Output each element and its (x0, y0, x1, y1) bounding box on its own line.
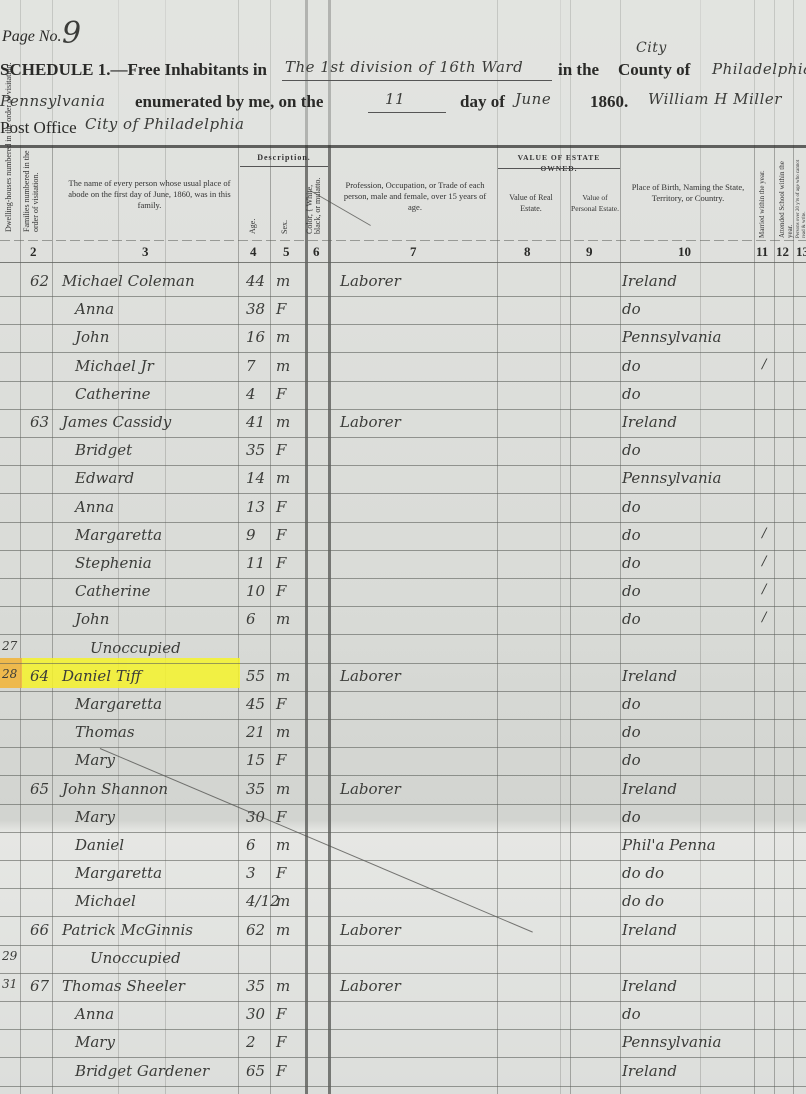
dwelling-number: 27 (2, 639, 17, 653)
table-row: Margaretta3Fdo do (0, 862, 806, 888)
row-rule (0, 550, 806, 551)
col13-number: 13 (796, 244, 806, 260)
age-cell: 30 (246, 1005, 265, 1023)
sex-cell: F (276, 300, 286, 318)
birthplace-cell: do (622, 441, 641, 459)
age-cell: 4 (246, 385, 256, 403)
table-row: Bridget Gardener65FIreland (0, 1060, 806, 1086)
col3-number: 3 (142, 244, 149, 260)
person-name: Thomas (75, 723, 135, 741)
row-rule (0, 296, 806, 297)
table-row: Margaretta9Fdo/ (0, 524, 806, 550)
birthplace-cell: Ireland (622, 413, 677, 431)
person-name: Edward (75, 469, 134, 487)
table-row: 65John Shannon35mLaborerIreland (0, 778, 806, 804)
row-rule (0, 1029, 806, 1030)
col6-header: Color, { White, black, or mulatto. (306, 170, 322, 234)
age-cell: 45 (246, 695, 265, 713)
table-row: Bridget35Fdo (0, 439, 806, 465)
col11-number: 11 (756, 244, 768, 260)
age-cell: 15 (246, 751, 265, 769)
person-name: Stephenia (75, 554, 152, 572)
in-the-label: in the (558, 60, 599, 80)
person-name: Anna (75, 498, 114, 516)
table-row: Michael Jr7mdo/ (0, 355, 806, 381)
age-cell: 14 (246, 469, 265, 487)
sex-cell: m (276, 413, 290, 431)
census-page: Page No. 9 SCHEDULE 1.—Free Inhabitants … (0, 0, 806, 1094)
birthplace-cell: do (622, 357, 641, 375)
col9-number: 9 (586, 244, 593, 260)
birthplace-cell: do (622, 385, 641, 403)
age-cell: 35 (246, 780, 265, 798)
age-cell: 38 (246, 300, 265, 318)
birthplace-cell: Ireland (622, 977, 677, 995)
col7-number: 7 (410, 244, 417, 260)
person-name: Margaretta (75, 864, 162, 882)
birthplace-cell: do (622, 751, 641, 769)
schedule-title: SCHEDULE 1.—Free Inhabitants in (0, 60, 267, 80)
table-row: John16mPennsylvania (0, 326, 806, 352)
table-row: Mary30Fdo (0, 806, 806, 832)
sex-cell: F (276, 582, 286, 600)
sex-cell: m (276, 328, 290, 346)
page-number-label: Page No. (2, 28, 62, 46)
sex-cell: F (276, 1005, 286, 1023)
table-row: Mary15Fdo (0, 749, 806, 775)
birthplace-cell: do (622, 582, 641, 600)
person-name: John (75, 328, 109, 346)
table-row: Daniel6mPhil'a Penna (0, 834, 806, 860)
header-rule (0, 145, 806, 148)
table-row: 3167Thomas Sheeler35mLaborerIreland (0, 975, 806, 1001)
age-cell: 16 (246, 328, 265, 346)
description-group-header: Description. (240, 152, 328, 163)
person-name: Mary (75, 808, 115, 826)
table-row: Thomas21mdo (0, 721, 806, 747)
attended-school-mark: / (762, 582, 766, 597)
sex-cell: F (276, 526, 286, 544)
person-name: Unoccupied (90, 639, 181, 657)
table-row: Anna13Fdo (0, 496, 806, 522)
county-label: County of (618, 60, 690, 80)
row-rule (0, 1086, 806, 1087)
attended-school-mark: / (762, 554, 766, 569)
dwelling-number: 29 (2, 949, 17, 963)
estate-group-header: Value of Estate Owned. (498, 152, 620, 174)
person-name: Patrick McGinnis (62, 921, 193, 939)
age-cell: 2 (246, 1033, 256, 1051)
birthplace-cell: Ireland (622, 272, 677, 290)
person-name: James Cassidy (62, 413, 171, 431)
post-office-field: City of Philadelphia (85, 115, 244, 133)
sex-cell: m (276, 836, 290, 854)
day-field: 11 (385, 90, 405, 108)
group-rule (240, 166, 328, 167)
month-field: June (515, 90, 551, 108)
age-cell: 11 (246, 554, 265, 572)
sex-cell: m (276, 610, 290, 628)
age-cell: 7 (246, 357, 256, 375)
body-top-rule (0, 262, 806, 263)
birthplace-cell: do (622, 695, 641, 713)
page-number: 9 (62, 16, 82, 51)
birthplace-cell: Ireland (622, 667, 677, 685)
row-rule (0, 578, 806, 579)
table-row: Catherine10Fdo/ (0, 580, 806, 606)
dwelling-number: 28 (2, 667, 17, 681)
age-cell: 6 (246, 836, 256, 854)
person-name: Daniel (75, 836, 124, 854)
person-name: Mary (75, 751, 115, 769)
col6-number: 6 (313, 244, 320, 260)
sex-cell: F (276, 751, 286, 769)
col2-header: Families numbered in the order of visita… (22, 148, 40, 232)
table-row: Catherine4Fdo (0, 383, 806, 409)
birthplace-cell: do (622, 610, 641, 628)
table-row: 63James Cassidy41mLaborerIreland (0, 411, 806, 437)
person-name: John (75, 610, 109, 628)
col11-header: Married within the year. (758, 158, 766, 238)
table-row: Edward14mPennsylvania (0, 467, 806, 493)
family-number: 65 (30, 780, 49, 798)
table-row: 2864Daniel Tiff55mLaborerIreland (0, 665, 806, 691)
col7-header: Profession, Occupation, or Trade of each… (336, 180, 494, 213)
day-of-label: day of (460, 92, 505, 112)
row-rule (0, 719, 806, 720)
attended-school-mark: / (762, 526, 766, 541)
table-row: Anna38Fdo (0, 298, 806, 324)
table-row: 62Michael Coleman44mLaborerIreland (0, 270, 806, 296)
age-cell: 9 (246, 526, 256, 544)
table-row: John6mdo/ (0, 608, 806, 634)
age-cell: 4/12 (246, 892, 280, 910)
col13-header: Persons over 20 y'rs of age who cannot r… (796, 158, 806, 238)
occupation-cell: Laborer (340, 667, 401, 685)
year-label: 1860. (590, 92, 628, 112)
col10-header: Place of Birth, Naming the State, Territ… (624, 182, 752, 204)
table-row: 27Unoccupied (0, 637, 806, 663)
birthplace-cell: do (622, 723, 641, 741)
division-field: The 1st division of 16th Ward (285, 58, 523, 76)
birthplace-cell: do (622, 300, 641, 318)
person-name: Michael (75, 892, 136, 910)
person-name: Bridget (75, 441, 132, 459)
occupation-cell: Laborer (340, 977, 401, 995)
table-row: Mary2FPennsylvania (0, 1031, 806, 1057)
row-rule (0, 804, 806, 805)
underline (282, 80, 552, 81)
col4-header: Age. (248, 219, 257, 234)
age-cell: 30 (246, 808, 265, 826)
sex-cell: F (276, 864, 286, 882)
col8-header: Value of Real Estate. (500, 192, 562, 214)
row-rule (0, 775, 806, 776)
row-rule (0, 973, 806, 974)
occupation-cell: Laborer (340, 780, 401, 798)
sex-cell: F (276, 1062, 286, 1080)
sex-cell: m (276, 272, 290, 290)
birthplace-cell: Pennsylvania (622, 328, 721, 346)
occupation-cell: Laborer (340, 921, 401, 939)
age-cell: 10 (246, 582, 265, 600)
birthplace-cell: do do (622, 864, 664, 882)
col12-number: 12 (776, 244, 789, 260)
family-number: 64 (30, 667, 49, 685)
row-rule (0, 916, 806, 917)
person-name: Unoccupied (90, 949, 181, 967)
sex-cell: m (276, 469, 290, 487)
birthplace-cell: Ireland (622, 1062, 677, 1080)
row-rule (0, 1001, 806, 1002)
col4-number: 4 (250, 244, 257, 260)
county-override: City (636, 40, 667, 56)
person-name: Margaretta (75, 695, 162, 713)
sex-cell: F (276, 498, 286, 516)
family-number: 62 (30, 272, 49, 290)
birthplace-cell: do (622, 808, 641, 826)
age-cell: 65 (246, 1062, 265, 1080)
age-cell: 35 (246, 977, 265, 995)
age-cell: 13 (246, 498, 265, 516)
birthplace-cell: Ireland (622, 780, 677, 798)
enumerator-name: William H Miller (648, 90, 782, 108)
col3-header: The name of every person whose usual pla… (62, 178, 237, 211)
sex-cell: F (276, 1033, 286, 1051)
birthplace-cell: Ireland (622, 921, 677, 939)
sex-cell: F (276, 441, 286, 459)
row-rule (0, 465, 806, 466)
row-rule (0, 606, 806, 607)
row-rule (0, 381, 806, 382)
sex-cell: m (276, 892, 290, 910)
person-name: Daniel Tiff (62, 667, 141, 685)
person-name: Michael Coleman (62, 272, 195, 290)
birthplace-cell: do (622, 498, 641, 516)
birthplace-cell: Pennsylvania (622, 469, 721, 487)
age-cell: 62 (246, 921, 265, 939)
birthplace-cell: do (622, 1005, 641, 1023)
state-field: Pennsylvania (0, 92, 105, 110)
occupation-cell: Laborer (340, 272, 401, 290)
row-rule (0, 832, 806, 833)
age-cell: 41 (246, 413, 265, 431)
sex-cell: F (276, 695, 286, 713)
person-name: Margaretta (75, 526, 162, 544)
table-row: 29Unoccupied (0, 947, 806, 973)
row-rule (0, 663, 806, 664)
age-cell: 44 (246, 272, 265, 290)
row-rule (0, 409, 806, 410)
occupation-cell: Laborer (340, 413, 401, 431)
age-cell: 35 (246, 441, 265, 459)
row-rule (0, 747, 806, 748)
birthplace-cell: do (622, 526, 641, 544)
person-name: Mary (75, 1033, 115, 1051)
col10-number: 10 (678, 244, 691, 260)
col1-header: Dwelling-houses numbered in the order of… (4, 62, 13, 232)
row-rule (0, 888, 806, 889)
attended-school-mark: / (762, 610, 766, 625)
person-name: Catherine (75, 582, 151, 600)
age-cell: 21 (246, 723, 265, 741)
row-rule (0, 324, 806, 325)
table-row: Michael4/12mdo do (0, 890, 806, 916)
col12-header: Attended School within the year. (778, 158, 794, 238)
table-row: 66Patrick McGinnis62mLaborerIreland (0, 919, 806, 945)
sex-cell: m (276, 921, 290, 939)
person-name: Anna (75, 1005, 114, 1023)
dwelling-number: 31 (2, 977, 17, 991)
person-name: Michael Jr (75, 357, 154, 375)
birthplace-cell: do do (622, 892, 664, 910)
person-name: John Shannon (62, 780, 168, 798)
family-number: 66 (30, 921, 49, 939)
sex-cell: F (276, 554, 286, 572)
col2-number: 2 (30, 244, 37, 260)
row-rule (0, 860, 806, 861)
row-rule (0, 945, 806, 946)
sex-cell: m (276, 723, 290, 741)
birthplace-cell: Pennsylvania (622, 1033, 721, 1051)
person-name: Anna (75, 300, 114, 318)
sex-cell: F (276, 385, 286, 403)
person-name: Thomas Sheeler (62, 977, 185, 995)
sex-cell: m (276, 667, 290, 685)
row-rule (0, 352, 806, 353)
family-number: 63 (30, 413, 49, 431)
sex-cell: m (276, 780, 290, 798)
table-row: Stephenia11Fdo/ (0, 552, 806, 578)
row-rule (0, 691, 806, 692)
col8-number: 8 (524, 244, 531, 260)
row-rule (0, 522, 806, 523)
row-rule (0, 437, 806, 438)
county-field: Philadelphia (712, 60, 806, 78)
sex-cell: m (276, 357, 290, 375)
row-rule (0, 493, 806, 494)
person-name: Bridget Gardener (75, 1062, 209, 1080)
column-number-rule (0, 240, 806, 241)
sex-cell: m (276, 977, 290, 995)
family-number: 67 (30, 977, 49, 995)
attended-school-mark: / (762, 357, 766, 372)
table-row: Margaretta45Fdo (0, 693, 806, 719)
sex-cell: F (276, 808, 286, 826)
row-rule (0, 634, 806, 635)
col9-header: Value of Personal Estate. (570, 192, 620, 214)
age-cell: 6 (246, 610, 256, 628)
person-name: Catherine (75, 385, 151, 403)
col5-header: Sex. (280, 220, 289, 234)
enumerated-label: enumerated by me, on the (135, 92, 323, 112)
table-row: Anna30Fdo (0, 1003, 806, 1029)
age-cell: 3 (246, 864, 256, 882)
row-rule (0, 1057, 806, 1058)
age-cell: 55 (246, 667, 265, 685)
col5-number: 5 (283, 244, 290, 260)
group-rule (498, 168, 620, 169)
underline (368, 112, 446, 113)
birthplace-cell: Phil'a Penna (622, 836, 716, 854)
birthplace-cell: do (622, 554, 641, 572)
